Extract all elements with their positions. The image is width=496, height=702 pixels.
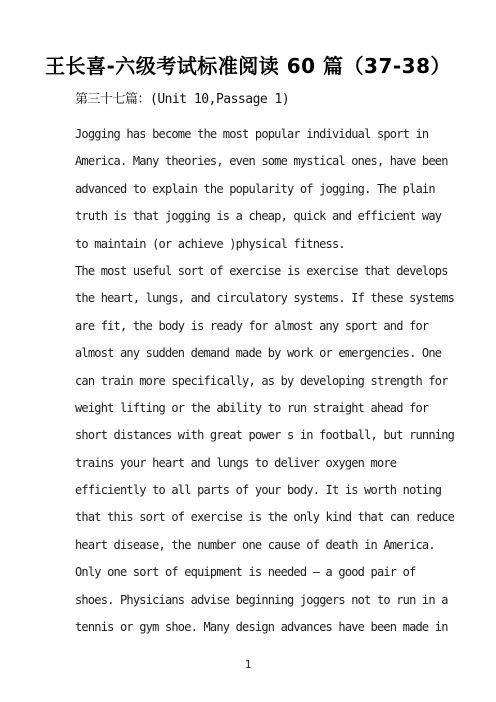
passage-line: truth is that jogging is a cheap, quick … <box>75 203 456 230</box>
passage-line: almost any sudden demand made by work or… <box>75 340 456 367</box>
passage-line: heart disease, the number one cause of d… <box>75 532 456 559</box>
passage-line: advanced to explain the popularity of jo… <box>75 176 456 203</box>
passage-line: tennis or gym shoe. Many design advances… <box>75 614 456 641</box>
passage-line: America. Many theories, even some mystic… <box>75 148 456 175</box>
passage-line: Jogging has become the most popular indi… <box>75 121 456 148</box>
passage-line: are fit, the body is ready for almost an… <box>75 313 456 340</box>
passage-line: that this sort of exercise is the only k… <box>75 504 456 531</box>
passage-line: shoes. Physicians advise beginning jogge… <box>75 587 456 614</box>
passage-line: trains your heart and lungs to deliver o… <box>75 450 456 477</box>
passage-body: Jogging has become the most popular indi… <box>75 121 456 641</box>
page-number: 1 <box>245 657 252 673</box>
page-footer: 1 <box>0 655 496 673</box>
document-page: 王长喜-六级考试标准阅读 60 篇（37-38） 第三十七篇：(Unit 10,… <box>0 0 496 702</box>
passage-line: can train more specifically, as by devel… <box>75 368 456 395</box>
section-heading: 第三十七篇：(Unit 10,Passage 1) <box>75 91 496 109</box>
passage-line: efficiently to all parts of your body. I… <box>75 477 456 504</box>
passage-line: The most useful sort of exercise is exer… <box>75 258 456 285</box>
document-title: 王长喜-六级考试标准阅读 60 篇（37-38） <box>0 0 496 78</box>
passage-line: weight lifting or the ability to run str… <box>75 395 456 422</box>
passage-line: short distances with great power s in fo… <box>75 422 456 449</box>
passage-line: the heart, lungs, and circulatory system… <box>75 285 456 312</box>
passage-line: to maintain (or achieve )physical fitnes… <box>75 231 456 258</box>
passage-line: Only one sort of equipment is needed – a… <box>75 559 456 586</box>
